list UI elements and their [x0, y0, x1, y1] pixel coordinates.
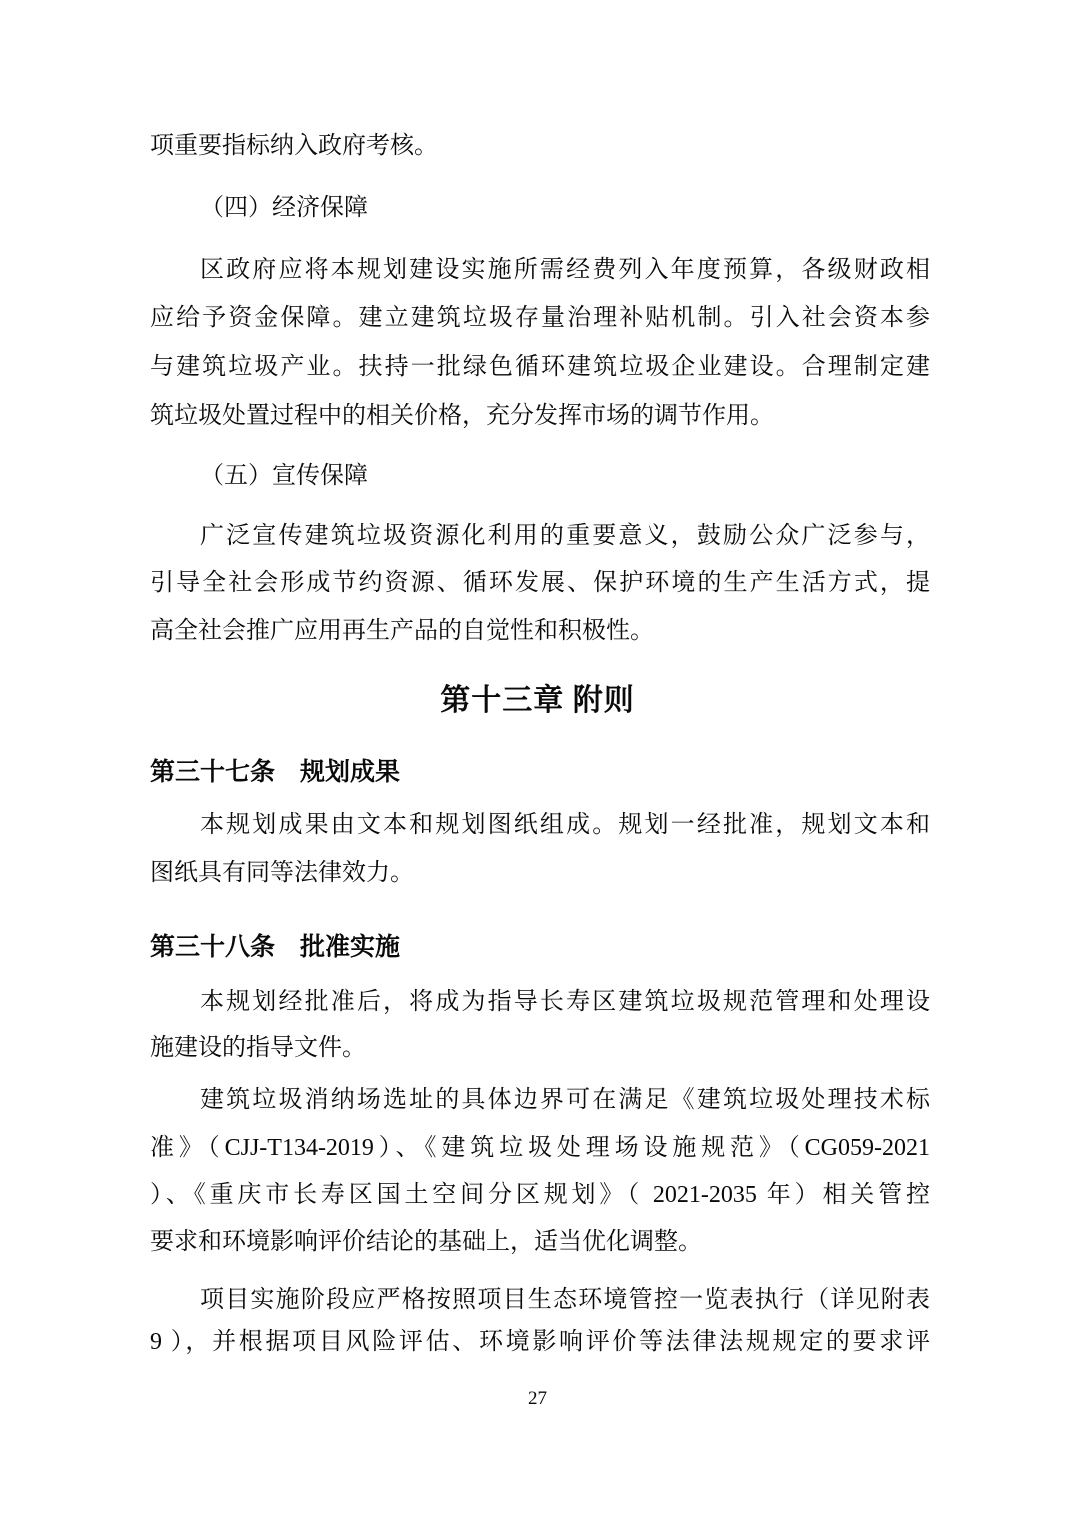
body-line: 项目实施阶段应严格按照项目生态环境管控一览表执行（详见附表	[150, 1282, 930, 1318]
body-line: 项重要指标纳入政府考核。	[150, 128, 930, 164]
article-heading-37: 第三十七条 规划成果	[150, 755, 930, 791]
body-line: ）、《重庆市长寿区国土空间分区规划》（ 2021-2035 年）相关管控	[150, 1177, 930, 1213]
body-line: 9 ），并根据项目风险评估、环境影响评价等法律法规规定的要求评	[150, 1324, 930, 1360]
page-number: 27	[0, 1386, 1075, 1412]
body-line: 本规划经批准后，将成为指导长寿区建筑垃圾规范管理和处理设	[150, 984, 930, 1020]
body-line: 要求和环境影响评价结论的基础上，适当优化调整。	[150, 1224, 930, 1260]
body-line: 本规划成果由文本和规划图纸组成。规划一经批准，规划文本和	[150, 807, 930, 843]
section-heading-5: （五）宣传保障	[150, 458, 930, 494]
body-line: 准》（CJJ-T134-2019）、《建筑垃圾处理场设施规范》（CG059-20…	[150, 1130, 930, 1166]
body-line: 区政府应将本规划建设实施所需经费列入年度预算，各级财政相	[150, 252, 930, 288]
section-heading-4: （四）经济保障	[150, 190, 930, 226]
body-line: 广泛宣传建筑垃圾资源化利用的重要意义，鼓励公众广泛参与，	[150, 518, 930, 554]
article-heading-38: 第三十八条 批准实施	[150, 930, 930, 966]
body-line: 高全社会推广应用再生产品的自觉性和积极性。	[150, 613, 930, 649]
body-line: 应给予资金保障。建立建筑垃圾存量治理补贴机制。引入社会资本参	[150, 300, 930, 336]
body-line: 引导全社会形成节约资源、循环发展、保护环境的生产生活方式，提	[150, 565, 930, 601]
body-line: 与建筑垃圾产业。扶持一批绿色循环建筑垃圾企业建设。合理制定建	[150, 349, 930, 385]
body-line: 建筑垃圾消纳场选址的具体边界可在满足《建筑垃圾处理技术标	[150, 1082, 930, 1118]
document-page: 项重要指标纳入政府考核。 （四）经济保障 区政府应将本规划建设实施所需经费列入年…	[0, 0, 1075, 1520]
body-line: 施建设的指导文件。	[150, 1030, 930, 1066]
body-line: 筑垃圾处置过程中的相关价格，充分发挥市场的调节作用。	[150, 398, 930, 434]
body-line: 图纸具有同等法律效力。	[150, 855, 930, 891]
chapter-title: 第十三章 附则	[0, 683, 1075, 719]
